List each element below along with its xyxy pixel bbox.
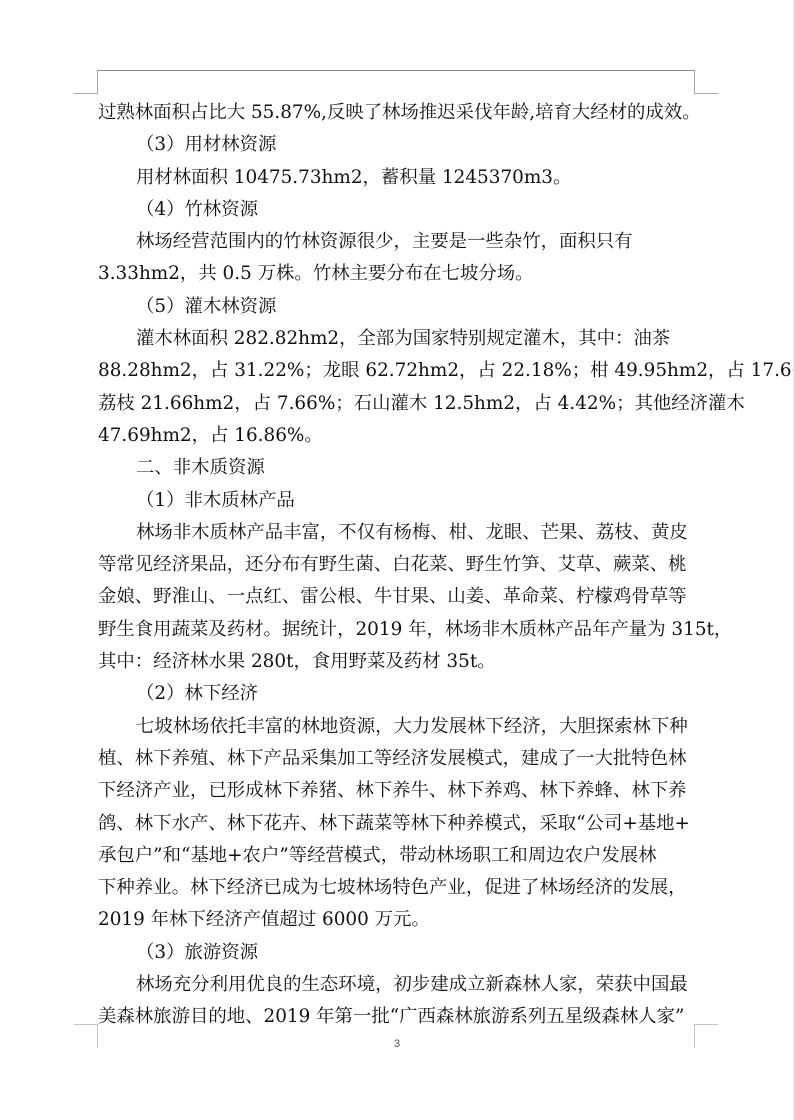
header-boundary-line (97, 70, 694, 71)
text-line: 金娘、野淮山、一点红、雷公根、牛甘果、山姜、革命菜、柠檬鸡骨草等 (98, 581, 696, 613)
page-number: 3 (391, 1038, 403, 1050)
corner-mark-top-right-horizontal (694, 93, 718, 94)
text-line: 47.69hm2，占 16.86%。 (98, 420, 696, 452)
text-line: 2019 年林下经济产值超过 6000 万元。 (98, 904, 696, 936)
subheading-shrub-forest: （5）灌木林资源 (98, 291, 696, 323)
document-body[interactable]: 过熟林面积占比大 55.87%,反映了林场推迟采伐年龄,培育大经材的成效。 （3… (98, 97, 696, 1034)
text-line: 七坡林场依托丰富的林地资源，大力发展林下经济，大胆探索林下种 (98, 711, 696, 743)
subheading-tourism-resources: （3）旅游资源 (98, 937, 696, 969)
text-line: 鸽、林下水产、林下花卉、林下蔬菜等林下种养模式，采取“公司+基地+ (98, 808, 696, 840)
corner-mark-bottom-right-horizontal (694, 1024, 718, 1025)
corner-mark-bottom-left-horizontal (74, 1024, 98, 1025)
text-line: 其中：经济林水果 280t，食用野菜及药材 35t。 (98, 646, 696, 678)
subheading-understory-economy: （2）林下经济 (98, 678, 696, 710)
corner-mark-top-left-horizontal (74, 93, 98, 94)
corner-mark-top-right-vertical (694, 70, 695, 94)
text-line: 灌木林面积 282.82hm2，全部为国家特别规定灌木，其中：油茶 (98, 323, 696, 355)
text-line: 下经济产业，已形成林下养猪、林下养牛、林下养鸡、林下养蜂、林下养 (98, 775, 696, 807)
text-line: 林场非木质林产品丰富，不仅有杨梅、柑、龙眼、芒果、荔枝、黄皮 (98, 517, 696, 549)
text-line: 3.33hm2，共 0.5 万株。竹林主要分布在七坡分场。 (98, 258, 696, 290)
text-line: 88.28hm2，占 31.22%；龙眼 62.72hm2，占 22.18%；柑… (98, 355, 696, 387)
text-line: 植、林下养殖、林下产品采集加工等经济发展模式，建成了一大批特色林 (98, 743, 696, 775)
text-line: 用材林面积 10475.73hm2，蓄积量 1245370m3。 (98, 162, 696, 194)
text-line: 下种养业。林下经济已成为七坡林场特色产业，促进了林场经济的发展， (98, 872, 696, 904)
text-line: 林场充分利用优良的生态环境，初步建成立新森林人家，荣获中国最 (98, 969, 696, 1001)
subheading-timber-forest: （3）用材林资源 (98, 129, 696, 161)
text-line: 承包户”和“基地+农户”等经营模式，带动林场职工和周边农户发展林 (98, 840, 696, 872)
document-page: 过熟林面积占比大 55.87%,反映了林场推迟采伐年龄,培育大经材的成效。 （3… (0, 0, 793, 1120)
corner-mark-top-left-vertical (97, 70, 98, 94)
subheading-non-wood-products: （1）非木质林产品 (98, 485, 696, 517)
text-line: 林场经营范围内的竹林资源很少，主要是一些杂竹，面积只有 (98, 226, 696, 258)
section-heading-non-wood-resources: 二、非木质资源 (98, 452, 696, 484)
text-line: 美森林旅游目的地、2019 年第一批“广西森林旅游系列五星级森林人家” (98, 1001, 696, 1033)
text-line: 过熟林面积占比大 55.87%,反映了林场推迟采伐年龄,培育大经材的成效。 (98, 97, 696, 129)
text-line: 等常见经济果品，还分布有野生菌、白花菜、野生竹笋、艾草、蕨菜、桃 (98, 549, 696, 581)
subheading-bamboo-forest: （4）竹林资源 (98, 194, 696, 226)
text-line: 荔枝 21.66hm2，占 7.66%；石山灌木 12.5hm2，占 4.42%… (98, 388, 696, 420)
text-line: 野生食用蔬菜及药材。据统计，2019 年，林场非木质林产品年产量为 315t， (98, 614, 696, 646)
